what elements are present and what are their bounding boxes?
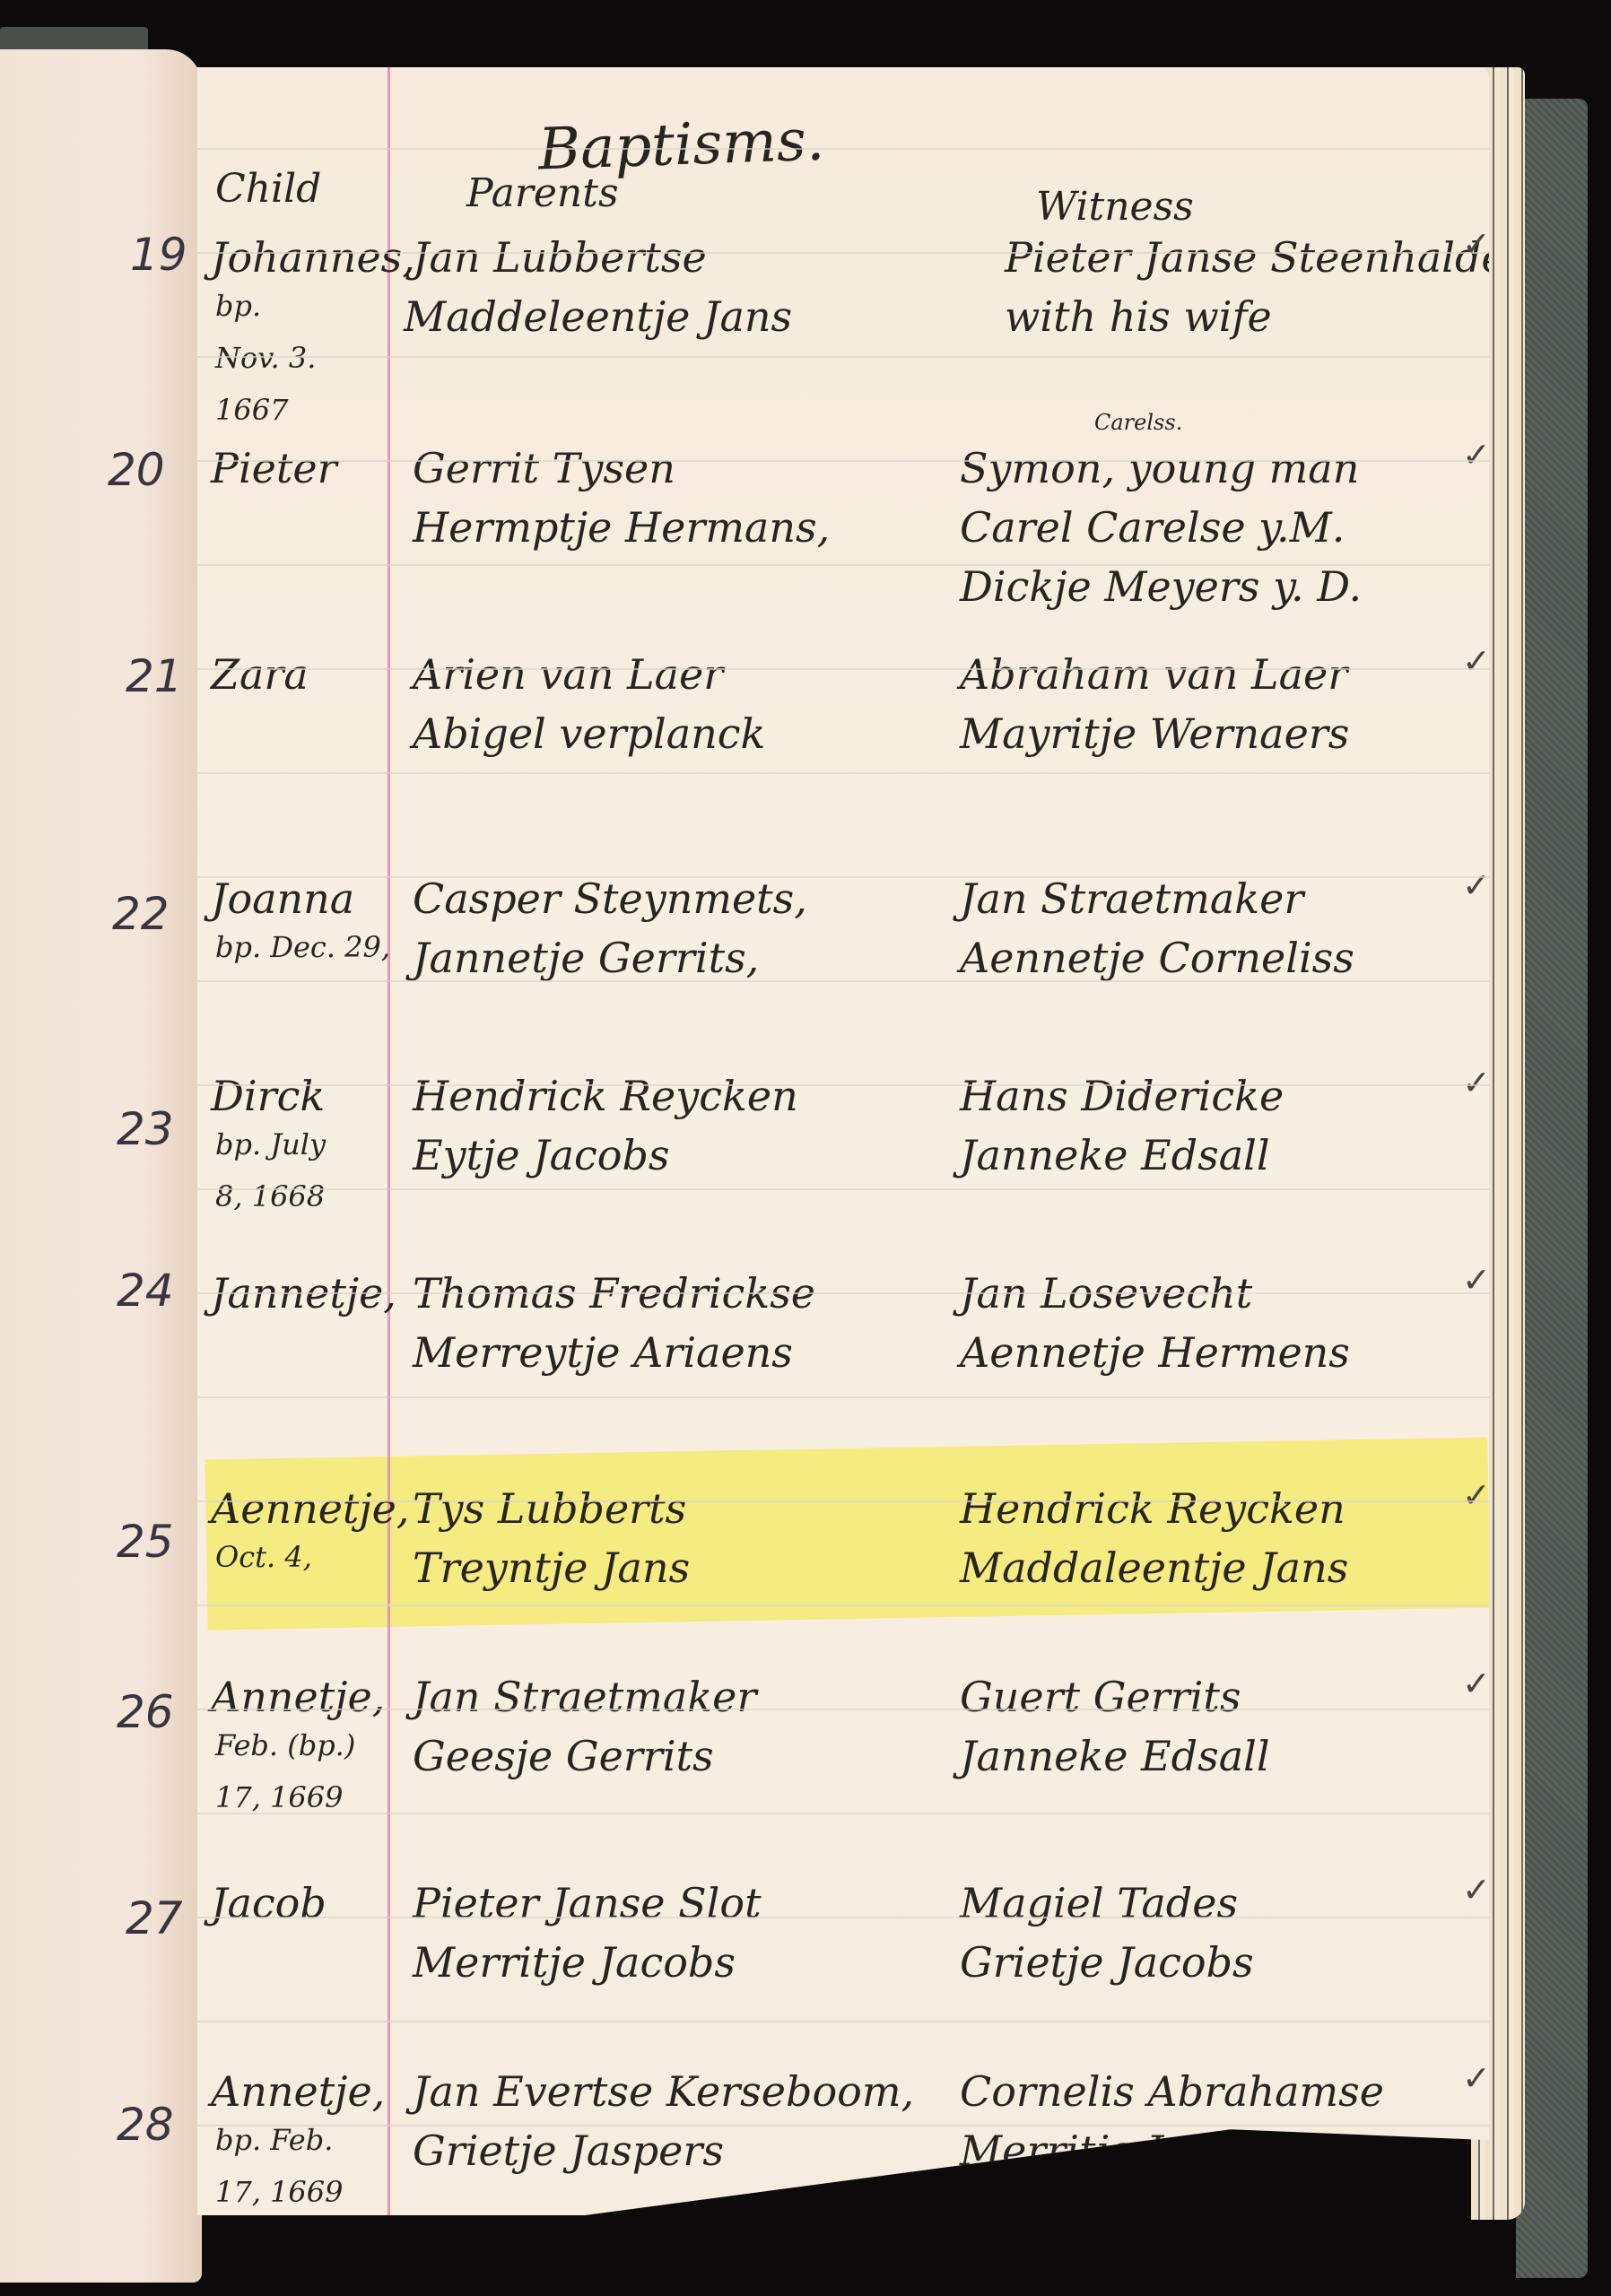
witness-name: Janneke Edsall (960, 1732, 1270, 1780)
ruled-line (197, 252, 1489, 254)
witness-name: Magiel Tades (960, 1879, 1238, 1927)
highlighted-entry (205, 1438, 1490, 1631)
mother-name: Abigel verplanck (413, 709, 765, 758)
check-mark-icon: ✓ (1462, 1664, 1491, 1703)
mother-name: Geesje Gerrits (413, 1732, 714, 1780)
entry-number: 20 (108, 444, 165, 496)
baptism-date: Feb. (bp.) (215, 1728, 355, 1762)
mother-name: Merreytje Ariaens (413, 1328, 793, 1377)
baptism-date: bp. Dec. 29, (215, 930, 390, 964)
entry-number: 19 (130, 229, 187, 281)
ruled-line (197, 564, 1489, 566)
mother-name: Maddeleentje Jans (404, 292, 792, 341)
check-mark-icon: ✓ (1462, 224, 1491, 264)
entry-number: 21 (126, 650, 183, 702)
witness-name: Dickje Meyers y. D. (960, 562, 1362, 611)
baptism-date: bp. July (215, 1127, 326, 1161)
column-header-witness: Witness (1036, 184, 1194, 230)
interlinear-annotation: Carelss. (1094, 410, 1182, 435)
witness-name: Abraham van Laer (960, 650, 1347, 699)
ruled-line (197, 1396, 1489, 1398)
mother-name: Merritje Jacobs (413, 1938, 736, 1987)
ruled-line (197, 1917, 1489, 1918)
child-name: Joanna (211, 874, 354, 923)
witness-name: Hans Didericke (960, 1072, 1284, 1120)
witness-name: Pieter Janse Steenhalder (1005, 233, 1526, 282)
father-name: Casper Steynmets, (413, 874, 807, 923)
mother-name: Treyntje Jans (413, 1544, 690, 1592)
ruled-line (197, 1709, 1489, 1710)
check-mark-icon: ✓ (1462, 2058, 1491, 2098)
entry-number: 23 (117, 1103, 174, 1155)
witness-name: Janneke Edsall (960, 1131, 1270, 1179)
column-header-child: Child (215, 166, 321, 212)
baptism-date: Oct. 4, (215, 1540, 312, 1574)
ruled-line (197, 356, 1489, 358)
mother-name: Jannetje Gerrits, (413, 934, 759, 982)
father-name: Hendrick Reycken (413, 1072, 798, 1120)
father-name: Arien van Laer (413, 650, 723, 699)
witness-name: Jan Straetmaker (960, 874, 1303, 923)
check-mark-icon: ✓ (1462, 435, 1491, 474)
mother-name: Eytje Jacobs (413, 1131, 670, 1179)
father-name: Jan Straetmaker (413, 1673, 756, 1721)
father-name: Pieter Janse Slot (413, 1879, 762, 1927)
father-name: Tys Lubberts (413, 1484, 686, 1533)
ruled-line (197, 1605, 1489, 1606)
baptism-date: 17, 1669 (215, 1780, 344, 1814)
entry-number: 27 (126, 1892, 183, 1944)
witness-name: Merritje Jacobs (960, 2126, 1283, 2175)
ruled-line (197, 1188, 1489, 1190)
ruled-line (197, 1813, 1489, 1814)
witness-name: Guert Gerrits (960, 1673, 1241, 1721)
witness-name: Symon, young man (960, 444, 1359, 492)
father-name: Jan Evertse Kerseboom, (413, 2067, 914, 2116)
ruled-line (197, 1084, 1489, 1086)
father-name: Gerrit Tysen (413, 444, 675, 492)
baptism-date: 17, 1669 (215, 2175, 344, 2209)
child-name: Aennetje, (211, 1484, 410, 1533)
entry-number: 28 (117, 2099, 174, 2151)
child-name: Jacob (211, 1879, 327, 1927)
ruled-line (197, 2125, 1489, 2126)
ruled-line (197, 2021, 1489, 2022)
entry-number: 26 (117, 1686, 174, 1738)
witness-name: with his wife (1005, 292, 1272, 341)
ruled-line (197, 772, 1489, 774)
check-mark-icon: ✓ (1462, 1063, 1491, 1102)
baptism-date: 8, 1668 (215, 1179, 325, 1213)
witness-name: Carel Carelse y.M. (960, 503, 1345, 552)
check-mark-icon: ✓ (1462, 1870, 1491, 1909)
child-name: Johannes, (211, 233, 415, 282)
ruled-line (197, 1292, 1489, 1294)
child-name: Dirck (211, 1072, 325, 1120)
ruled-line (197, 460, 1489, 462)
witness-name: Aennetje Hermens (960, 1328, 1350, 1377)
baptism-date: bp. Feb. (215, 2123, 333, 2157)
check-mark-icon: ✓ (1462, 865, 1491, 905)
witness-name: Aennetje Corneliss (960, 934, 1354, 982)
check-mark-icon: ✓ (1462, 641, 1491, 681)
margin-line (388, 67, 390, 2215)
baptism-date: 1667 (215, 393, 288, 427)
witness-name: Mayritje Wernaers (960, 709, 1349, 758)
mother-name: Hermptje Hermans, (413, 503, 830, 552)
entry-number: 22 (112, 888, 170, 940)
left-page (0, 49, 202, 2283)
witness-name: Hendrick Reycken (960, 1484, 1345, 1533)
entry-number: 25 (117, 1516, 174, 1568)
baptism-date: Nov. 3. (215, 341, 316, 375)
entry-number: 24 (117, 1265, 174, 1317)
child-name: Annetje, (211, 2067, 385, 2116)
witness-name: Cornelis Abrahamse (960, 2067, 1384, 2116)
baptism-date: bp. (215, 289, 261, 323)
book-cover-right (1516, 99, 1588, 2278)
mother-name: Grietje Jaspers (413, 2126, 724, 2175)
child-name: Annetje, (211, 1673, 385, 1721)
ruled-line (197, 876, 1489, 878)
check-mark-icon: ✓ (1462, 1475, 1491, 1515)
child-name: Pieter (211, 444, 337, 492)
witness-name: Grietje Jacobs (960, 1938, 1254, 1987)
witness-name: Maddaleentje Jans (960, 1544, 1348, 1592)
father-name: Jan Lubbertse (413, 233, 707, 282)
ruled-line (197, 668, 1489, 670)
ruled-line (197, 148, 1489, 150)
ruled-line (197, 1500, 1489, 1502)
child-name: Zara (211, 650, 309, 699)
column-header-parents: Parents (466, 170, 619, 216)
ruled-line (197, 980, 1489, 982)
ledger-page: Baptisms. 61 Child Parents Witness Johan… (197, 67, 1489, 2215)
